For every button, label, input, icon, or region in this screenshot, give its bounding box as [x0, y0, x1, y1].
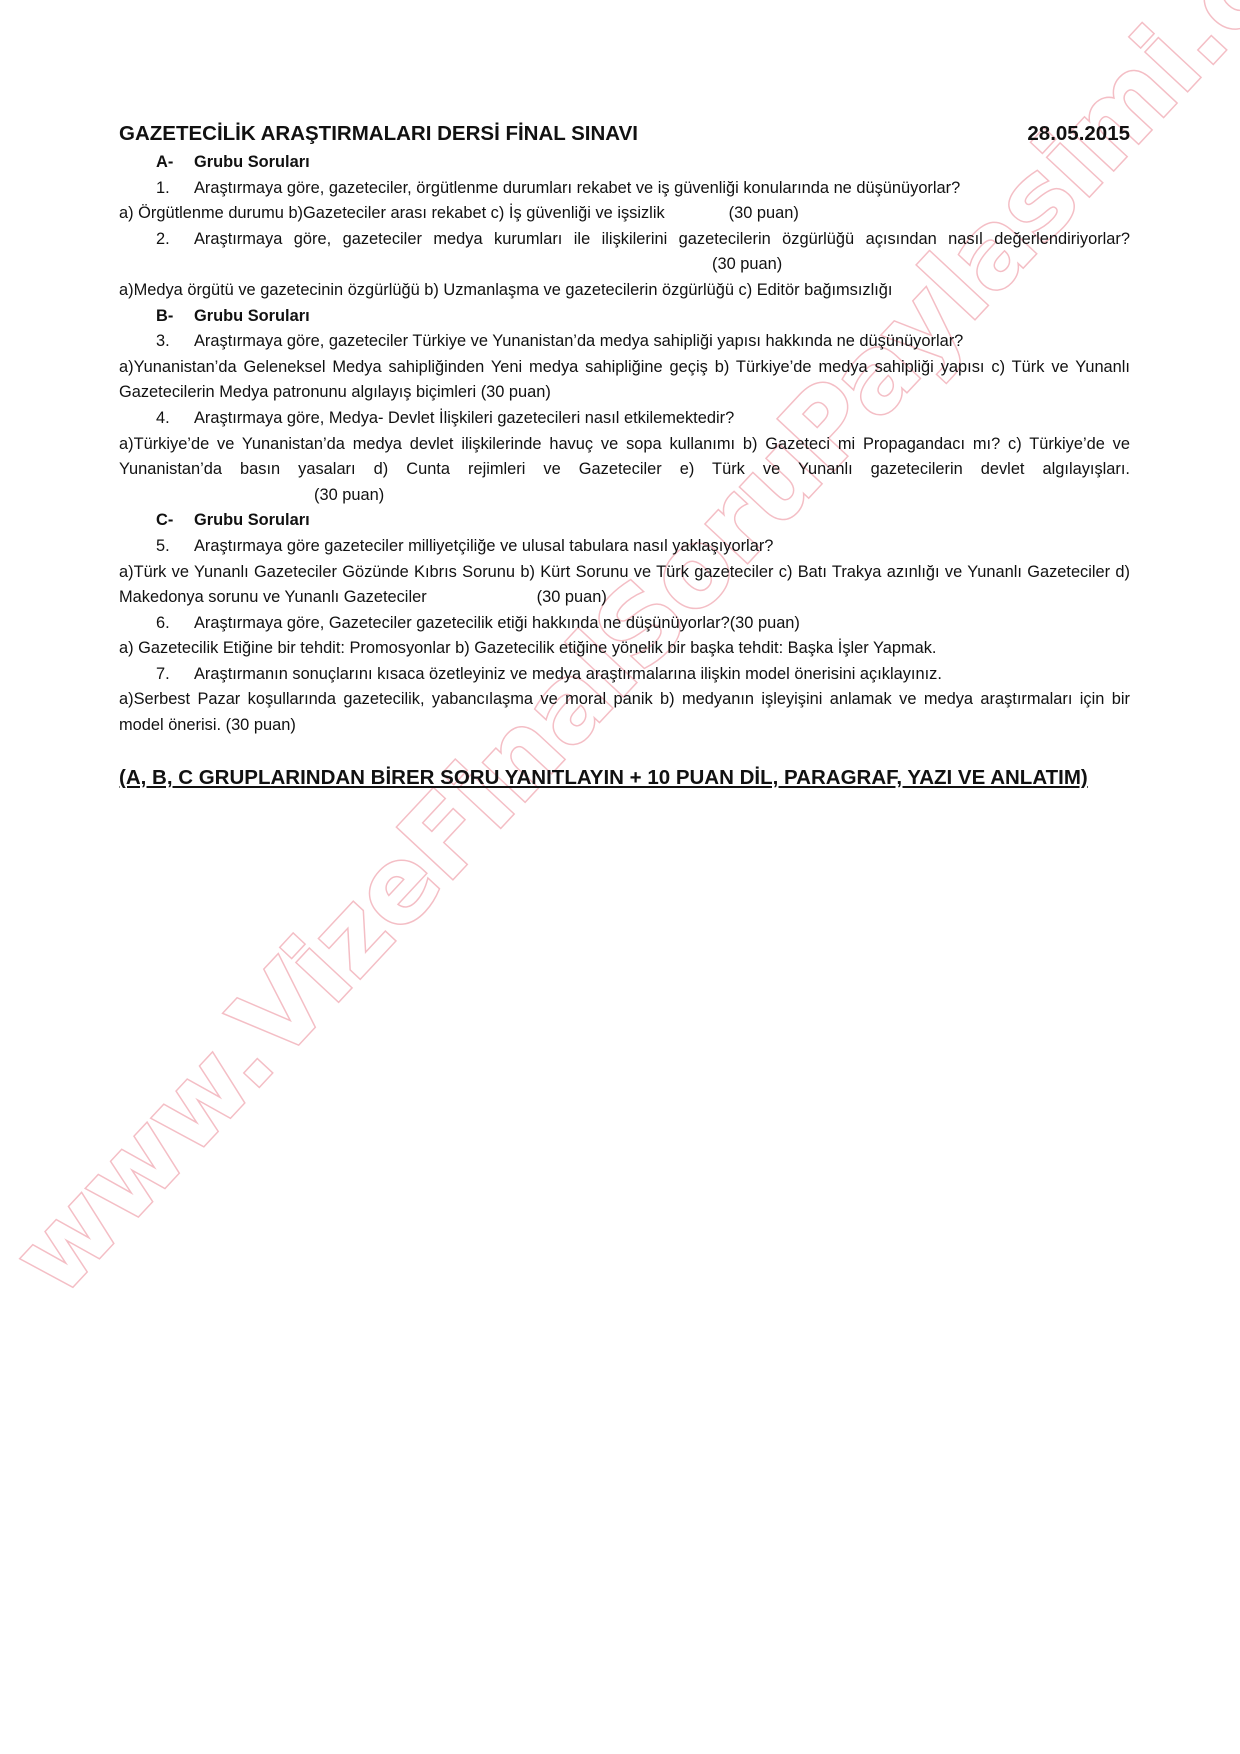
- answer-text: a)Medya örgütü ve gazetecinin özgürlüğü …: [119, 281, 892, 299]
- group-title: Grubu Soruları: [194, 508, 310, 534]
- answer-4: a)Türkiye’de ve Yunanistan’da medya devl…: [119, 432, 1130, 509]
- question-points: (30 puan): [712, 252, 782, 278]
- answer-text: a)Türk ve Yunanlı Gazeteciler Gözünde Kı…: [119, 563, 1130, 607]
- question-points: (30 puan): [226, 713, 296, 739]
- question-text: Araştırmaya göre, gazeteciler, örgütlenm…: [194, 176, 1130, 202]
- question-number: 7.: [156, 662, 194, 688]
- question-number: 4.: [156, 406, 194, 432]
- group-title: Grubu Soruları: [194, 304, 310, 330]
- answer-text: a) Örgütlenme durumu b)Gazeteciler arası…: [119, 204, 665, 222]
- question-5: 5. Araştırmaya göre gazeteciler milliyet…: [119, 534, 1130, 560]
- answer-text: a)Yunanistan’da Geleneksel Medya sahipli…: [119, 358, 1130, 402]
- question-number: 1.: [156, 176, 194, 202]
- answer-text: a) Gazetecilik Etiğine bir tehdit: Promo…: [119, 639, 936, 657]
- answer-1: a) Örgütlenme durumu b)Gazeteciler arası…: [119, 201, 1130, 227]
- group-title: Grubu Soruları: [194, 150, 310, 176]
- question-points: (30 puan): [730, 611, 800, 637]
- group-b-heading: B- Grubu Soruları: [119, 304, 1130, 330]
- question-text: Araştırmaya göre, gazeteciler Türkiye ve…: [194, 329, 1130, 355]
- question-1: 1. Araştırmaya göre, gazeteciler, örgütl…: [119, 176, 1130, 202]
- question-2: 2. Araştırmaya göre, gazeteciler medya k…: [119, 227, 1130, 278]
- group-label: C-: [156, 508, 194, 534]
- exam-date: 28.05.2015: [1027, 118, 1130, 150]
- question-text: Araştırmaya göre, Gazeteciler gazetecili…: [194, 614, 730, 632]
- question-points: (30 puan): [537, 585, 607, 611]
- exam-page: www.VizeFinalSoruPaylasimi.com GAZETECİL…: [0, 0, 1240, 1754]
- question-points: (30 puan): [729, 201, 799, 227]
- answer-2: a)Medya örgütü ve gazetecinin özgürlüğü …: [119, 278, 1130, 304]
- question-7: 7. Araştırmanın sonuçlarını kısaca özetl…: [119, 662, 1130, 688]
- answer-6: a) Gazetecilik Etiğine bir tehdit: Promo…: [119, 636, 1130, 662]
- question-text: Araştırmanın sonuçlarını kısaca özetleyi…: [194, 662, 1130, 688]
- question-points: (30 puan): [481, 380, 551, 406]
- question-number: 3.: [156, 329, 194, 355]
- group-label: B-: [156, 304, 194, 330]
- group-label: A-: [156, 150, 194, 176]
- question-number: 6.: [156, 611, 194, 637]
- question-3: 3. Araştırmaya göre, gazeteciler Türkiye…: [119, 329, 1130, 355]
- answer-3: a)Yunanistan’da Geleneksel Medya sahipli…: [119, 355, 1130, 406]
- group-c-heading: C- Grubu Soruları: [119, 508, 1130, 534]
- exam-title: GAZETECİLİK ARAŞTIRMALARI DERSİ FİNAL SI…: [119, 118, 638, 150]
- question-number: 5.: [156, 534, 194, 560]
- question-6: 6. Araştırmaya göre, Gazeteciler gazetec…: [119, 611, 1130, 637]
- group-a-heading: A- Grubu Soruları: [119, 150, 1130, 176]
- question-text: Araştırmaya göre, Medya- Devlet İlişkile…: [194, 406, 1130, 432]
- question-number: 2.: [156, 227, 194, 278]
- exam-content: GAZETECİLİK ARAŞTIRMALARI DERSİ FİNAL SI…: [119, 118, 1130, 793]
- closing-instruction: (A, B, C GRUPLARINDAN BİRER SORU YANITLA…: [119, 763, 1130, 793]
- answer-5: a)Türk ve Yunanlı Gazeteciler Gözünde Kı…: [119, 560, 1130, 611]
- header: GAZETECİLİK ARAŞTIRMALARI DERSİ FİNAL SI…: [119, 118, 1130, 150]
- question-text: Araştırmaya göre, gazeteciler medya kuru…: [194, 230, 1130, 248]
- question-text: Araştırmaya göre gazeteciler milliyetçil…: [194, 534, 1130, 560]
- question-points: (30 puan): [314, 483, 384, 509]
- answer-7: a)Serbest Pazar koşullarında gazetecilik…: [119, 687, 1130, 738]
- question-4: 4. Araştırmaya göre, Medya- Devlet İlişk…: [119, 406, 1130, 432]
- answer-text: a)Türkiye’de ve Yunanistan’da medya devl…: [119, 435, 1130, 479]
